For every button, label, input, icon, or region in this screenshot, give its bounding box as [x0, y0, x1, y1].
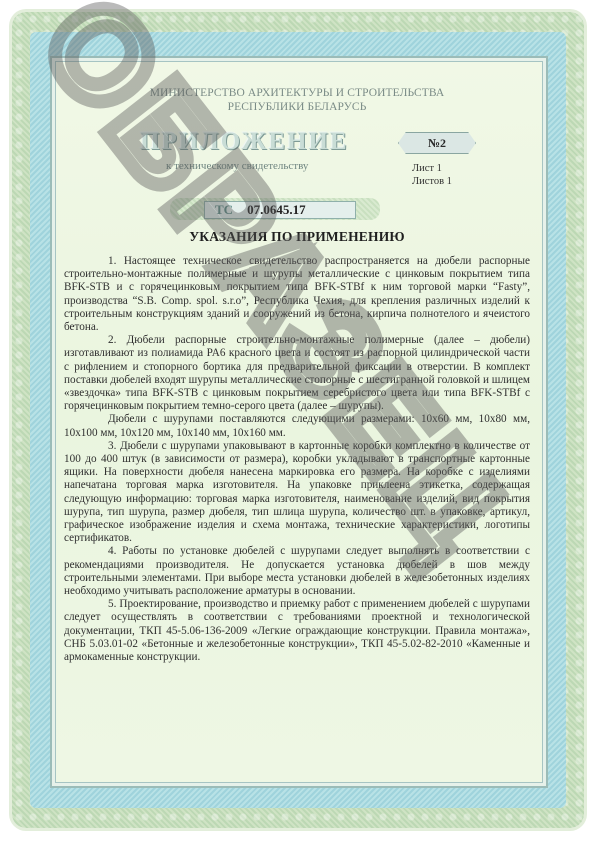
document-content: МИНИСТЕРСТВО АРХИТЕКТУРЫ И СТРОИТЕЛЬСТВА… — [64, 60, 530, 664]
title-row: ПРИЛОЖЕНИЕ №2 — [64, 128, 530, 156]
section-heading: УКАЗАНИЯ ПО ПРИМЕНЕНИЮ — [64, 229, 530, 245]
ministry-line-2: РЕСПУБЛИКИ БЕЛАРУСЬ — [64, 100, 530, 114]
appendix-number-badge: №2 — [398, 132, 476, 154]
document-subtitle: к техническому свидетельству — [166, 160, 308, 172]
subtitle-row: к техническому свидетельству Лист 1 Лист… — [64, 160, 530, 194]
sheets-total: Листов 1 — [412, 175, 452, 188]
ministry-line-1: МИНИСТЕРСТВО АРХИТЕКТУРЫ И СТРОИТЕЛЬСТВА — [64, 86, 530, 100]
paragraph-1: 1. Настоящее техническое свидетельство р… — [64, 255, 530, 334]
sheet-number: Лист 1 — [412, 162, 452, 175]
certificate-prefix: ТС — [215, 202, 233, 218]
body-text: 1. Настоящее техническое свидетельство р… — [64, 255, 530, 664]
paragraph-5: 5. Проектирование, производство и приемк… — [64, 598, 530, 664]
paragraph-sizes: Дюбели с шурупами поставляются следующим… — [64, 413, 530, 439]
paragraph-4: 4. Работы по установке дюбелей с шурупам… — [64, 545, 530, 598]
sheet-info: Лист 1 Листов 1 — [412, 162, 452, 188]
paragraph-3: 3. Дюбели с шурупами упаковывают в карто… — [64, 440, 530, 546]
certificate-number-row: ТС 07.0645.17 — [64, 196, 530, 226]
ministry-header: МИНИСТЕРСТВО АРХИТЕКТУРЫ И СТРОИТЕЛЬСТВА… — [64, 86, 530, 114]
certificate-number-box: ТС 07.0645.17 — [204, 201, 356, 219]
document-title: ПРИЛОЖЕНИЕ — [140, 128, 349, 156]
certificate-number: 07.0645.17 — [247, 202, 306, 218]
paragraph-2: 2. Дюбели распорные строительно-монтажны… — [64, 334, 530, 413]
